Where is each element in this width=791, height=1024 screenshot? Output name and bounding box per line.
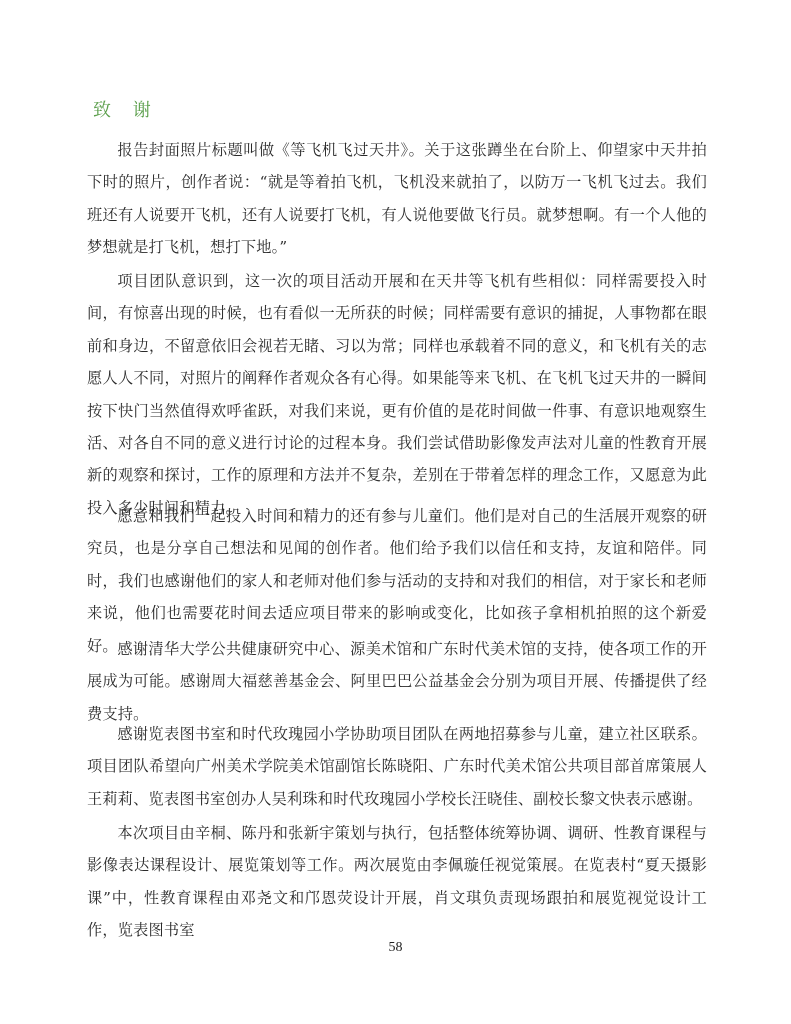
paragraph-cover-photo: 报告封面照片标题叫做《等飞机飞过天井》。关于这张蹲坐在台阶上、仰望家中天井拍下时… — [87, 134, 707, 264]
section-title: 致 谢 — [93, 96, 159, 122]
paragraph-team-credits: 本次项目由辛桐、陈丹和张新宇策划与执行，包括整体统筹协调、调研、性教育课程与影像… — [87, 817, 707, 947]
document-page: 致 谢 报告封面照片标题叫做《等飞机飞过天井》。关于这张蹲坐在台阶上、仰望家中天… — [0, 0, 791, 1024]
paragraph-institution-thanks: 感谢清华大学公共健康研究中心、源美术馆和广东时代美术馆的支持，使各项工作的开展成… — [87, 633, 707, 730]
paragraph-project-reflection: 项目团队意识到，这一次的项目活动开展和在天井等飞机有些相似：同样需要投入时间，有… — [87, 265, 707, 524]
page-number: 58 — [0, 940, 791, 956]
paragraph-community-thanks: 感谢览表图书室和时代玫瑰园小学协助项目团队在两地招募参与儿童，建立社区联系。项目… — [87, 718, 707, 815]
